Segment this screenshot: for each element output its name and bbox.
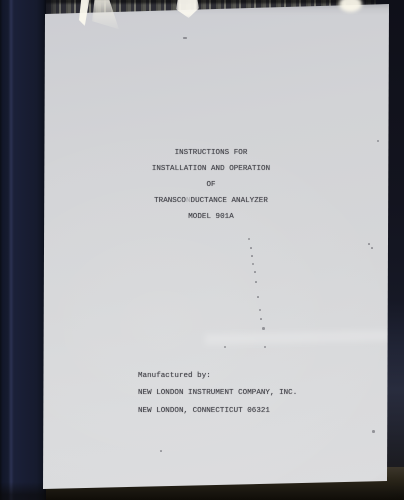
photo-of-manual-cover: INSTRUCTIONS FOR INSTALLATION AND OPERAT… bbox=[0, 0, 404, 500]
paper-speck bbox=[371, 247, 373, 249]
paper-speck bbox=[254, 271, 256, 273]
title-line-model: MODEL 901A bbox=[152, 210, 270, 226]
paper-speck bbox=[250, 247, 252, 249]
paper-speck bbox=[377, 140, 379, 142]
paper-speck bbox=[257, 296, 259, 298]
paper-speck bbox=[183, 37, 187, 39]
cover-page: INSTRUCTIONS FOR INSTALLATION AND OPERAT… bbox=[0, 0, 404, 500]
title-line-of: OF bbox=[152, 178, 270, 194]
paper-speck bbox=[224, 346, 226, 348]
paper-speck bbox=[262, 327, 265, 330]
paper-speck bbox=[372, 430, 375, 433]
manufacturer-company: NEW LONDON INSTRUMENT COMPANY, INC. bbox=[138, 385, 297, 402]
manufacturer-address: NEW LONDON, CONNECTICUT 06321 bbox=[138, 403, 297, 420]
title-line-installation: INSTALLATION AND OPERATION bbox=[152, 162, 270, 178]
manufactured-by-label: Manufactured by: bbox=[138, 368, 297, 385]
analyzer-faint-n: N bbox=[186, 197, 191, 205]
paper-speck bbox=[260, 318, 262, 320]
title-line-instructions: INSTRUCTIONS FOR bbox=[152, 146, 270, 162]
title-line-analyzer: TRANSCONDUCTANCE ANALYZER bbox=[152, 194, 270, 210]
paper-speck bbox=[368, 243, 370, 245]
paper-speck bbox=[259, 309, 261, 311]
analyzer-post: DUCTANCE ANALYZER bbox=[191, 197, 268, 205]
title-block: INSTRUCTIONS FOR INSTALLATION AND OPERAT… bbox=[152, 146, 270, 226]
paper-speck bbox=[252, 263, 254, 265]
paper-speck bbox=[248, 238, 250, 240]
paper-speck bbox=[264, 346, 266, 348]
manufacturer-block: Manufactured by: NEW LONDON INSTRUMENT C… bbox=[138, 368, 297, 420]
paper-crease bbox=[205, 330, 390, 345]
paper-speck bbox=[160, 450, 162, 452]
paper-speck bbox=[255, 281, 257, 283]
binder-spine-shadow bbox=[0, 482, 46, 500]
paper-speck bbox=[251, 255, 253, 257]
binder-spine bbox=[0, 0, 46, 500]
analyzer-pre: TRANSCO bbox=[154, 197, 186, 205]
